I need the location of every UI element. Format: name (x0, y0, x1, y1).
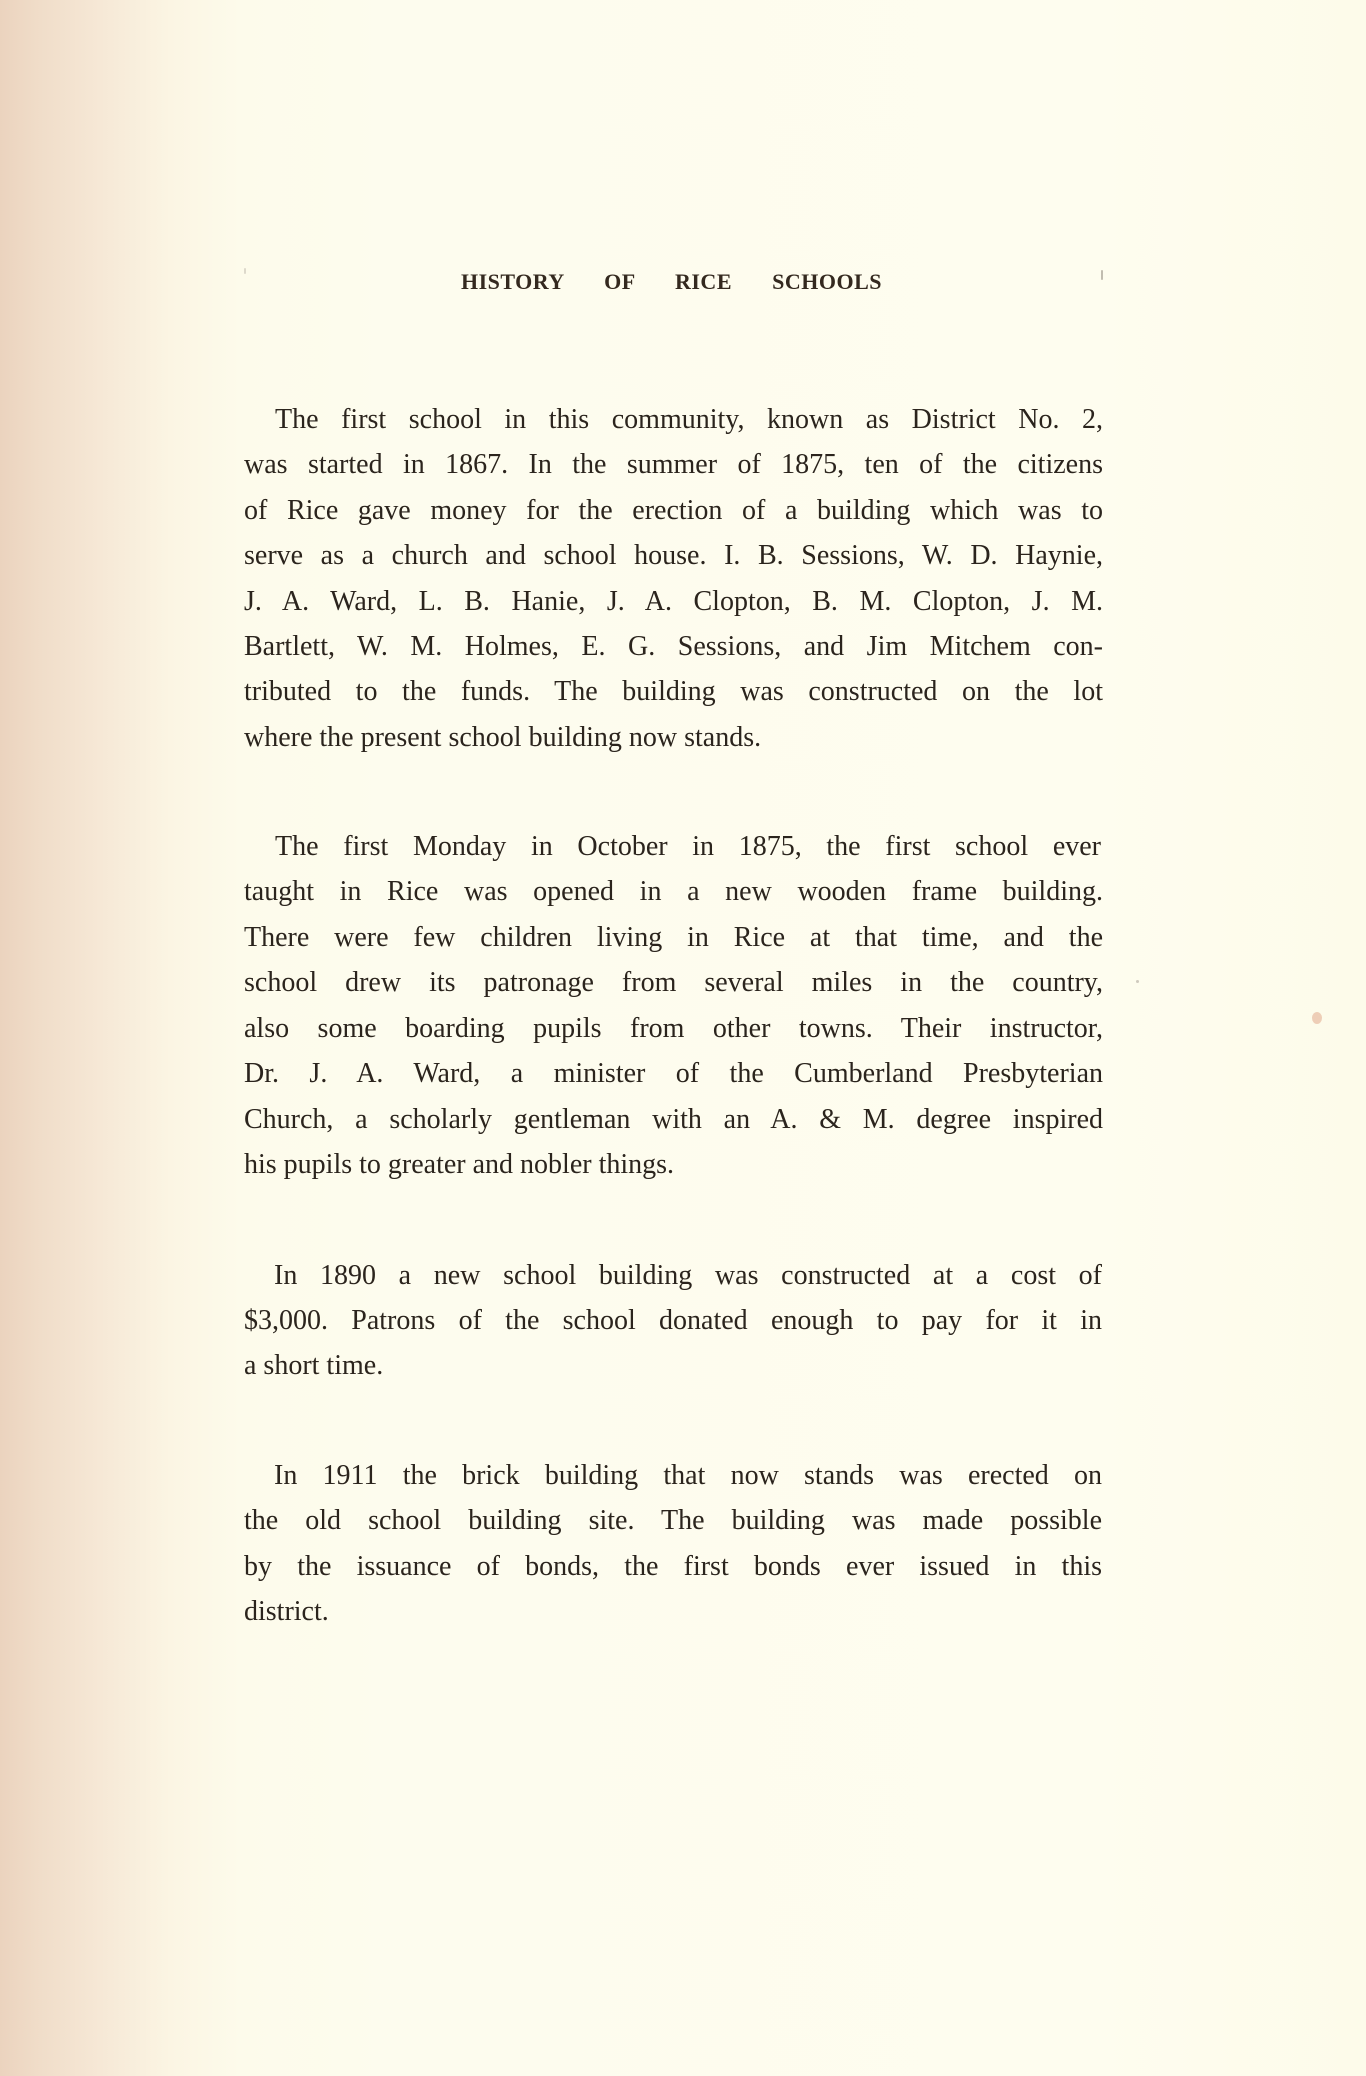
text-line: There were few children living in Rice a… (244, 918, 1103, 958)
text-line: was started in 1867. In the summer of 18… (244, 445, 1103, 485)
text-line: district. (244, 1592, 1102, 1632)
text-line: tributed to the funds. The building was … (244, 672, 1103, 712)
text-line: school drew its patronage from several m… (244, 963, 1103, 1003)
text-line: serve as a church and school house. I. B… (244, 536, 1103, 576)
text-line: of Rice gave money for the erection of a… (244, 491, 1103, 531)
text-line: The first Monday in October in 1875, the… (275, 827, 1101, 867)
text-line: Church, a scholarly gentleman with an A.… (244, 1100, 1103, 1140)
paper-speck (244, 268, 246, 274)
text-line: also some boarding pupils from other tow… (244, 1009, 1103, 1049)
text-line: Dr. J. A. Ward, a minister of the Cumber… (244, 1054, 1103, 1094)
text-line: by the issuance of bonds, the first bond… (244, 1547, 1102, 1587)
text-line: $3,000. Patrons of the school donated en… (244, 1301, 1102, 1341)
text-line: The first school in this community, know… (275, 400, 1103, 440)
text-line: where the present school building now st… (244, 718, 1103, 758)
text-line: the old school building site. The buildi… (244, 1501, 1102, 1541)
page-title: HISTORY OF RICE SCHOOLS (461, 268, 882, 296)
text-line: taught in Rice was opened in a new woode… (244, 872, 1103, 912)
text-line: J. A. Ward, L. B. Hanie, J. A. Clopton, … (244, 582, 1103, 622)
text-line: Bartlett, W. M. Holmes, E. G. Sessions, … (244, 627, 1103, 667)
paper-stain (1312, 1012, 1322, 1024)
paper-speck (1136, 980, 1139, 983)
text-line: his pupils to greater and nobler things. (244, 1145, 1103, 1185)
text-line: a short time. (244, 1346, 1102, 1386)
text-line: In 1911 the brick building that now stan… (274, 1456, 1102, 1496)
paper-speck (1101, 270, 1103, 280)
text-line: In 1890 a new school building was constr… (274, 1256, 1102, 1296)
book-page: HISTORY OF RICE SCHOOLS The first school… (0, 0, 1366, 2076)
